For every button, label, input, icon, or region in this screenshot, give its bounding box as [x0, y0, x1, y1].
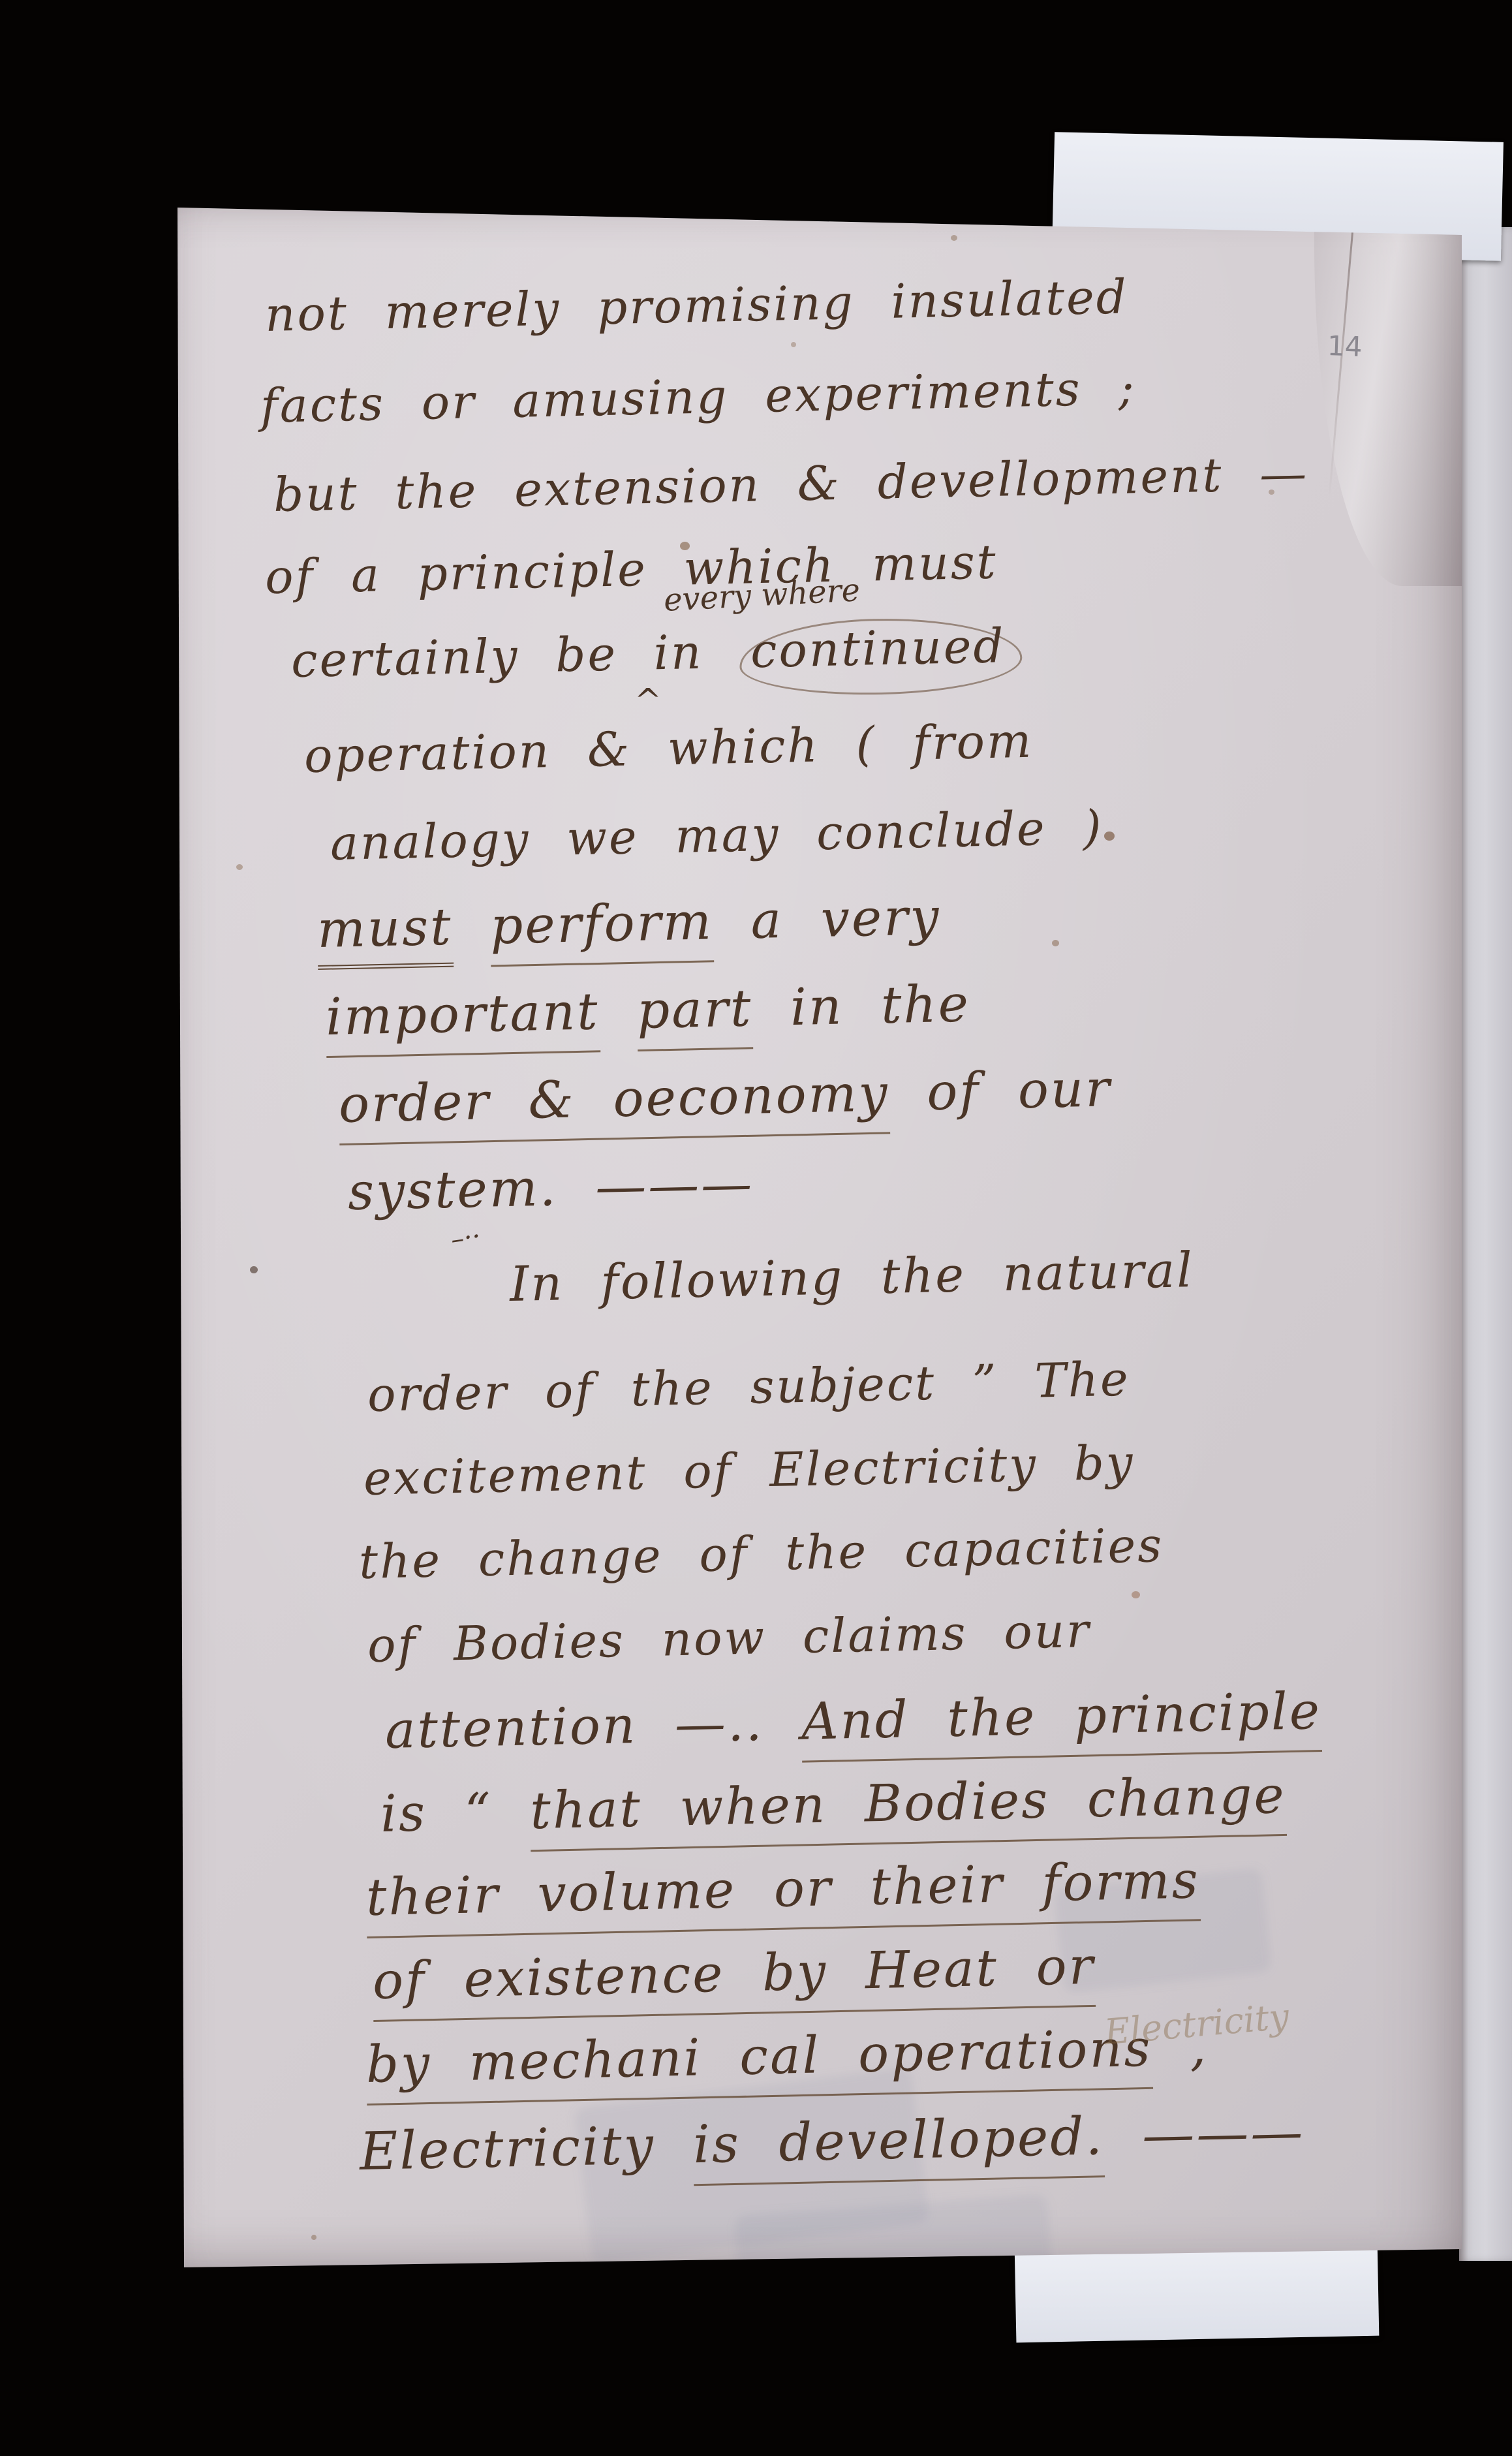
handwritten-line: must perform a very: [316, 888, 941, 959]
handwritten-text: perform: [489, 892, 714, 967]
handwritten-line: is “ that when Bodies change: [380, 1766, 1286, 1844]
handwritten-text: of our: [889, 1059, 1113, 1123]
handwritten-line: operation & which ( from: [303, 713, 1034, 783]
fox-spot: [951, 235, 957, 241]
handwritten-line: by mechani cal operations ,: [365, 2018, 1209, 2094]
handwritten-text: but the extension & devellopment —: [273, 446, 1309, 522]
handwritten-text: of existence by Heat or: [372, 1937, 1096, 2022]
handwritten-line: certainly be in continued: [290, 618, 1022, 688]
handwritten-line: of a principle which must: [264, 535, 998, 604]
handwritten-text: is develloped.: [692, 2106, 1105, 2186]
handwritten-text: Electricity: [359, 2114, 694, 2182]
handwritten-line: not merely promising insulated: [264, 269, 1128, 342]
handwritten-text: certainly be in: [290, 624, 740, 688]
manuscript-page: not merely promising insulatedfacts or a…: [177, 208, 1462, 2267]
handwritten-text: order of the subject ” The: [367, 1352, 1130, 1422]
fox-spot: [250, 1266, 258, 1273]
handwritten-text: not merely promising insulated: [264, 269, 1128, 342]
handwritten-text: their volume or their forms: [365, 1851, 1201, 1938]
handwritten-text: by mechani cal operations: [365, 2019, 1153, 2106]
handwritten-text: important: [325, 982, 600, 1058]
fox-spot: [1052, 940, 1059, 946]
page-number: 14: [1327, 330, 1363, 363]
handwritten-line: In following the natural: [509, 1242, 1194, 1313]
insertion-caret: ^: [634, 681, 662, 719]
handwritten-line: order of the subject ” The: [367, 1352, 1130, 1422]
manuscript-photograph: not merely promising insulatedfacts or a…: [0, 0, 1512, 2456]
handwritten-text: continued: [739, 616, 1023, 698]
handwritten-line: but the extension & devellopment —: [273, 446, 1309, 522]
handwritten-text: facts or amusing experiments ;: [260, 360, 1136, 433]
handwritten-line: their volume or their forms: [365, 1851, 1200, 1927]
handwritten-text: of a principle which must: [264, 535, 998, 604]
handwritten-text: must: [316, 898, 454, 970]
handwritten-text: part: [636, 979, 753, 1051]
handwritten-text: [599, 982, 638, 1041]
fox-spot: [236, 864, 243, 870]
handwritten-text: excitement of Electricity by: [363, 1435, 1135, 1506]
handwritten-line: order & oeconomy of our: [338, 1059, 1112, 1134]
page-curl: [1314, 208, 1462, 586]
handwritten-text: system. ———: [347, 1155, 754, 1222]
handwritten-line: analogy we may conclude ): [330, 800, 1103, 871]
fox-spot: [1104, 832, 1115, 841]
handwritten-text: ———: [1103, 2102, 1305, 2166]
handwritten-text: And the principle: [801, 1682, 1322, 1763]
handwritten-text: a very: [713, 888, 941, 951]
handwritten-text: attention —..: [384, 1693, 802, 1760]
fox-spot: [1132, 1591, 1140, 1598]
faint-word-electricity: Electricity: [1103, 1996, 1291, 2053]
handwritten-text: [452, 897, 491, 956]
handwritten-text: analogy we may conclude ): [330, 800, 1103, 871]
handwritten-line: system. ———: [347, 1155, 754, 1222]
handwritten-line: of existence by Heat or: [372, 1937, 1096, 2011]
fox-spot: [791, 342, 796, 347]
handwritten-text: is “: [380, 1782, 531, 1844]
handwritten-text: the change of the capacities: [358, 1517, 1164, 1589]
handwritten-line: important part in the: [325, 974, 971, 1047]
handwritten-line: excitement of Electricity by: [363, 1435, 1135, 1506]
handwritten-line: attention —.. And the principle: [384, 1682, 1322, 1760]
handwritten-line: Electricity is develloped. ———: [359, 2102, 1305, 2182]
paragraph-mark: –··: [449, 1221, 482, 1255]
handwritten-text: order & oeconomy: [338, 1064, 890, 1145]
handwritten-text: operation & which ( from: [303, 713, 1034, 783]
handwritten-line: facts or amusing experiments ;: [260, 360, 1136, 433]
handwritten-text: in the: [752, 974, 970, 1038]
handwritten-text: that when Bodies change: [530, 1766, 1287, 1852]
show-through: [735, 2194, 1057, 2346]
handwritten-text: of Bodies now claims our: [367, 1603, 1091, 1673]
handwritten-text: In following the natural: [509, 1242, 1194, 1313]
fox-spot: [311, 2235, 316, 2240]
book-fore-edge: [1459, 227, 1512, 2261]
handwritten-line: the change of the capacities: [358, 1517, 1164, 1589]
handwritten-line: of Bodies now claims our: [367, 1603, 1091, 1673]
